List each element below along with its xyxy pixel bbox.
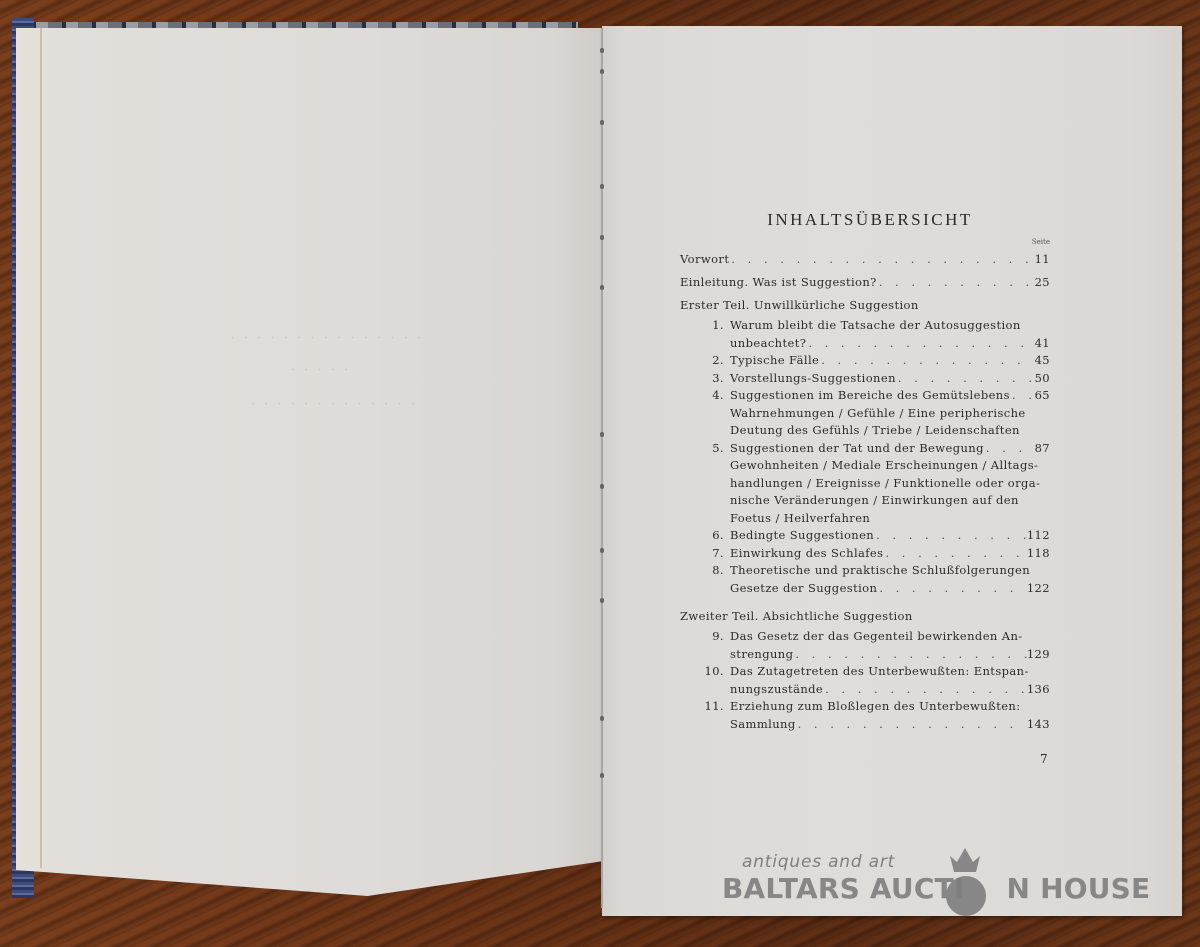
- chapter-title: Suggestionen im Bereiche des Gemütsleben…: [730, 387, 1010, 405]
- toc-chapter-description: nische Veränderungen / Einwirkungen auf …: [680, 492, 1050, 510]
- chapter-page: 122: [1027, 580, 1050, 598]
- chapter-number: 9.: [680, 628, 730, 646]
- left-page-blank: [16, 28, 602, 896]
- bleed-through-text: · · · · · · · · · · · · · · ·: [230, 330, 424, 348]
- leader-dots: [874, 527, 1027, 545]
- toc-part-heading: Zweiter Teil. Absichtliche Suggestion: [680, 605, 1050, 628]
- toc-chapter-continuation: Sammlung 143: [680, 716, 1050, 734]
- endpaper-fold-line: [40, 28, 42, 868]
- chapter-page: 50: [1032, 370, 1050, 388]
- toc-part-heading: Erster Teil. Unwillkürliche Suggestion: [680, 294, 1050, 317]
- toc-chapter-continuation: Gesetze der Suggestion 122: [680, 580, 1050, 598]
- binding-stitch: [600, 598, 604, 603]
- bleed-through-text: · · · · ·: [290, 362, 351, 380]
- toc-part-label: Zweiter Teil. Absichtliche Suggestion: [680, 605, 913, 628]
- chapter-page: 65: [1032, 387, 1050, 405]
- chapter-title: Das Gesetz der das Gegenteil bewirkenden…: [730, 628, 1023, 646]
- chapter-page: 143: [1027, 716, 1050, 734]
- chapter-title: Theoretische und praktische Schlußfolger…: [730, 562, 1030, 580]
- toc-chapter: 11. Erziehung zum Bloßlegen des Unterbew…: [680, 698, 1050, 716]
- toc-entry-label: Einleitung. Was ist Suggestion?: [680, 271, 877, 294]
- chapter-page: 118: [1027, 545, 1050, 563]
- chapter-number: 7.: [680, 545, 730, 563]
- toc-chapter: 4. Suggestionen im Bereiche des Gemütsle…: [680, 387, 1050, 405]
- chapter-number: 2.: [680, 352, 730, 370]
- watermark-tagline: antiques and art: [742, 852, 895, 872]
- binding-stitch: [600, 48, 604, 53]
- leader-dots: [896, 370, 1032, 388]
- chapter-title: nungszustände: [730, 681, 823, 699]
- leader-dots: [819, 352, 1032, 370]
- chapter-title: Typische Fälle: [730, 352, 819, 370]
- toc-chapter: 3. Vorstellungs-Suggestionen 50: [680, 370, 1050, 388]
- leader-dots: [877, 580, 1027, 598]
- binding-stitch: [600, 69, 604, 74]
- toc-chapter-continuation: nungszustände 136: [680, 681, 1050, 699]
- chapter-title: Bedingte Suggestionen: [730, 527, 874, 545]
- chapter-number: 11.: [680, 698, 730, 716]
- toc-entry-page: 11: [1032, 248, 1050, 271]
- binding-stitch: [600, 773, 604, 778]
- chapter-number: 4.: [680, 387, 730, 405]
- table-of-contents: INHALTSÜBERSICHT Seite Vorwort 11 Einlei…: [680, 210, 1050, 733]
- globe-o-icon: [946, 876, 986, 916]
- toc-chapter: 2. Typische Fälle 45: [680, 352, 1050, 370]
- toc-chapter-continuation: unbeachtet? 41: [680, 335, 1050, 353]
- toc-part-label: Erster Teil. Unwillkürliche Suggestion: [680, 294, 919, 317]
- chapter-number: 1.: [680, 317, 730, 335]
- chapter-title: Das Zutagetreten des Unterbewußten: Ents…: [730, 663, 1029, 681]
- leader-dots: [823, 681, 1027, 699]
- binding-stitch: [600, 484, 604, 489]
- chapter-title: Warum bleibt die Tatsache der Autosugges…: [730, 317, 1021, 335]
- binding-stitch: [600, 184, 604, 189]
- chapter-description: Deutung des Gefühls / Triebe / Leidensch…: [730, 422, 1020, 440]
- chapter-page: 41: [1032, 335, 1050, 353]
- chapter-page: 129: [1027, 646, 1050, 664]
- toc-entry: Vorwort 11: [680, 248, 1050, 271]
- toc-chapter-description: Foetus / Heilverfahren: [680, 510, 1050, 528]
- page-column-header: Seite: [680, 238, 1050, 248]
- bleed-through-text: · · · · · · · · · · · · ·: [250, 396, 417, 414]
- chapter-number: 10.: [680, 663, 730, 681]
- toc-entry-page: 25: [1032, 271, 1050, 294]
- toc-chapter-description: Wahrnehmungen / Gefühle / Eine peripheri…: [680, 405, 1050, 423]
- chapter-page: 45: [1032, 352, 1050, 370]
- leader-dots: [806, 335, 1032, 353]
- chapter-title: Erziehung zum Bloßlegen des Unterbewußte…: [730, 698, 1021, 716]
- chapter-description: Wahrnehmungen / Gefühle / Eine peripheri…: [730, 405, 1026, 423]
- leader-dots: [883, 545, 1026, 563]
- chapter-description: handlungen / Ereignisse / Funktionelle o…: [730, 475, 1040, 493]
- chapter-number: 5.: [680, 440, 730, 458]
- toc-chapter: 6. Bedingte Suggestionen 112: [680, 527, 1050, 545]
- toc-chapter: 5. Suggestionen der Tat und der Bewegung…: [680, 440, 1050, 458]
- chapter-title: unbeachtet?: [730, 335, 806, 353]
- binding-stitch: [600, 432, 604, 437]
- chapter-page: 136: [1027, 681, 1050, 699]
- chapter-title: strengung: [730, 646, 793, 664]
- toc-entry-label: Vorwort: [680, 248, 729, 271]
- toc-title: INHALTSÜBERSICHT: [690, 210, 1050, 230]
- chapter-description: Gewohnheiten / Mediale Erscheinungen / A…: [730, 457, 1038, 475]
- chapter-title: Einwirkung des Schlafes: [730, 545, 883, 563]
- leader-dots: [796, 716, 1027, 734]
- chapter-number: 8.: [680, 562, 730, 580]
- toc-chapter: 9. Das Gesetz der das Gegenteil bewirken…: [680, 628, 1050, 646]
- chapter-title: Sammlung: [730, 716, 796, 734]
- binding-stitch: [600, 285, 604, 290]
- toc-chapter: 8. Theoretische und praktische Schlußfol…: [680, 562, 1050, 580]
- watermark-logo: antiques and art BALTARS AUCTIN HOUSE: [722, 852, 1122, 912]
- toc-chapter-description: handlungen / Ereignisse / Funktionelle o…: [680, 475, 1050, 493]
- leader-dots: [1010, 387, 1032, 405]
- chapter-number: 3.: [680, 370, 730, 388]
- toc-chapter: 1. Warum bleibt die Tatsache der Autosug…: [680, 317, 1050, 335]
- chapter-description: nische Veränderungen / Einwirkungen auf …: [730, 492, 1019, 510]
- toc-chapter-continuation: strengung 129: [680, 646, 1050, 664]
- leader-dots: [729, 248, 1032, 271]
- binding-stitch: [600, 716, 604, 721]
- toc-chapter: 7. Einwirkung des Schlafes 118: [680, 545, 1050, 563]
- watermark-name: BALTARS AUCTIN HOUSE: [722, 872, 1150, 905]
- chapter-title: Gesetze der Suggestion: [730, 580, 877, 598]
- toc-chapter: 10. Das Zutagetreten des Unterbewußten: …: [680, 663, 1050, 681]
- leader-dots: [793, 646, 1026, 664]
- chapter-page: 112: [1027, 527, 1050, 545]
- chapter-number: 6.: [680, 527, 730, 545]
- chapter-title: Suggestionen der Tat und der Bewegung: [730, 440, 984, 458]
- page-number: 7: [1040, 752, 1048, 766]
- chapter-description: Foetus / Heilverfahren: [730, 510, 870, 528]
- leader-dots: [984, 440, 1032, 458]
- chapter-title: Vorstellungs-Suggestionen: [730, 370, 896, 388]
- binding-stitch: [600, 548, 604, 553]
- toc-chapter-description: Deutung des Gefühls / Triebe / Leidensch…: [680, 422, 1050, 440]
- crown-icon: [948, 848, 982, 872]
- toc-entry: Einleitung. Was ist Suggestion? 25: [680, 271, 1050, 294]
- leader-dots: [877, 271, 1032, 294]
- chapter-page: 87: [1032, 440, 1050, 458]
- toc-chapter-description: Gewohnheiten / Mediale Erscheinungen / A…: [680, 457, 1050, 475]
- binding-stitch: [600, 120, 604, 125]
- binding-stitch: [600, 235, 604, 240]
